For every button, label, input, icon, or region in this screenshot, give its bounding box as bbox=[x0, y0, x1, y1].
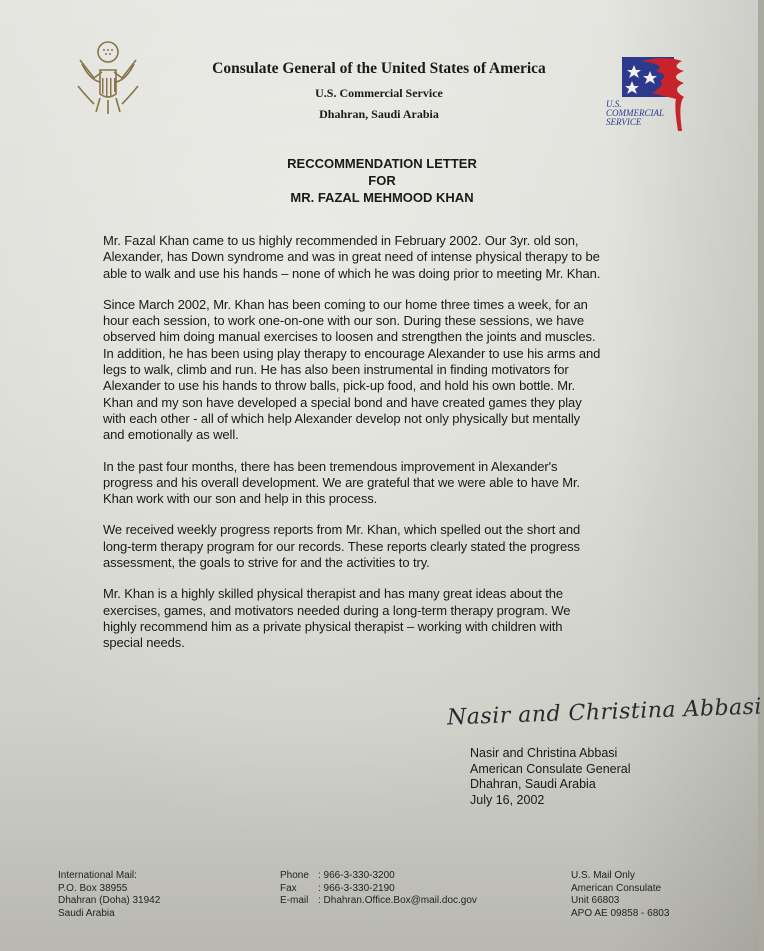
paragraph-line: legs to walk, climb and run. He has also… bbox=[103, 362, 683, 378]
email-label: E-mail bbox=[280, 895, 318, 908]
footer-line: International Mail: bbox=[58, 870, 160, 883]
paragraph-line: Alexander to use his hands to throw ball… bbox=[103, 378, 683, 394]
paragraph-line: Since March 2002, Mr. Khan has been comi… bbox=[103, 297, 683, 313]
paragraph-line: exercises, games, and motivators needed … bbox=[103, 603, 683, 619]
fax-label: Fax bbox=[280, 883, 318, 896]
paragraph-line: hour each session, to work one-on-one wi… bbox=[103, 313, 683, 329]
paragraph-line: special needs. bbox=[103, 635, 683, 651]
phone-number: : 966-3-330-3200 bbox=[318, 870, 395, 883]
signature-block: Nasir and Christina Abbasi American Cons… bbox=[470, 746, 631, 808]
paragraph-line: observed him doing manual exercises to l… bbox=[103, 329, 683, 345]
footer-line: P.O. Box 38955 bbox=[58, 883, 160, 896]
letterhead-location: Dhahran, Saudi Arabia bbox=[0, 107, 761, 122]
footer-line: Dhahran (Doha) 31942 bbox=[58, 895, 160, 908]
letter-title: RECCOMMENDATION LETTER FOR MR. FAZAL MEH… bbox=[0, 155, 764, 206]
footer-line: Unit 66803 bbox=[571, 895, 669, 908]
paragraph-line: Khan work with our son and help in this … bbox=[103, 491, 683, 507]
title-line-1: RECCOMMENDATION LETTER bbox=[0, 155, 764, 172]
paper-edge bbox=[758, 0, 764, 951]
letter-paragraph: We received weekly progress reports from… bbox=[103, 522, 683, 571]
footer-us-mail: U.S. Mail Only American Consulate Unit 6… bbox=[571, 870, 669, 920]
footer-contact: Phone: 966-3-330-3200 Fax: 966-3-330-219… bbox=[280, 870, 477, 908]
letter-paragraph: Mr. Khan is a highly skilled physical th… bbox=[103, 586, 683, 651]
paragraph-line: In the past four months, there has been … bbox=[103, 459, 683, 475]
footer-line: APO AE 09858 - 6803 bbox=[571, 908, 669, 921]
email-address: : Dhahran.Office.Box@mail.doc.gov bbox=[318, 895, 477, 908]
title-line-3: MR. FAZAL MEHMOOD KHAN bbox=[0, 189, 764, 206]
paragraph-line: highly recommend him as a private physic… bbox=[103, 619, 683, 635]
paragraph-line: In addition, he has been using play ther… bbox=[103, 346, 683, 362]
footer-line: U.S. Mail Only bbox=[571, 870, 669, 883]
paragraph-line: with each other - all of which help Alex… bbox=[103, 411, 683, 427]
signer-office: American Consulate General bbox=[470, 762, 631, 778]
paragraph-line: long-term therapy program for our record… bbox=[103, 539, 683, 555]
footer-line: American Consulate bbox=[571, 883, 669, 896]
paragraph-line: progress and his overall development. We… bbox=[103, 475, 683, 491]
letter-paragraph: In the past four months, there has been … bbox=[103, 459, 683, 508]
footer-international-mail: International Mail: P.O. Box 38955 Dhahr… bbox=[58, 870, 160, 920]
paragraph-line: and emotionally as well. bbox=[103, 427, 683, 443]
paragraph-line: able to walk and use his hands – none of… bbox=[103, 266, 683, 282]
signer-name: Nasir and Christina Abbasi bbox=[470, 746, 631, 762]
paragraph-line: assessment, the goals to strive for and … bbox=[103, 555, 683, 571]
title-line-2: FOR bbox=[0, 172, 764, 189]
signer-location: Dhahran, Saudi Arabia bbox=[470, 777, 631, 793]
paragraph-line: Mr. Khan is a highly skilled physical th… bbox=[103, 586, 683, 602]
paragraph-line: Khan and my son have developed a special… bbox=[103, 395, 683, 411]
paragraph-line: Alexander, has Down syndrome and was in … bbox=[103, 249, 683, 265]
division-name: U.S. Commercial Service bbox=[0, 86, 761, 101]
letter-paragraph: Mr. Fazal Khan came to us highly recomme… bbox=[103, 233, 683, 282]
organization-name: Consulate General of the United States o… bbox=[0, 60, 761, 78]
letter-date: July 16, 2002 bbox=[470, 793, 631, 809]
paragraph-line: Mr. Fazal Khan came to us highly recomme… bbox=[103, 233, 683, 249]
phone-label: Phone bbox=[280, 870, 318, 883]
footer-line: Saudi Arabia bbox=[58, 908, 160, 921]
letter-paragraph: Since March 2002, Mr. Khan has been comi… bbox=[103, 297, 683, 444]
fax-number: : 966-3-330-2190 bbox=[318, 883, 395, 896]
paragraph-line: We received weekly progress reports from… bbox=[103, 522, 683, 538]
handwritten-signature: Nasir and Christina Abbasi bbox=[447, 695, 763, 731]
letter-body: Mr. Fazal Khan came to us highly recomme… bbox=[103, 233, 683, 667]
